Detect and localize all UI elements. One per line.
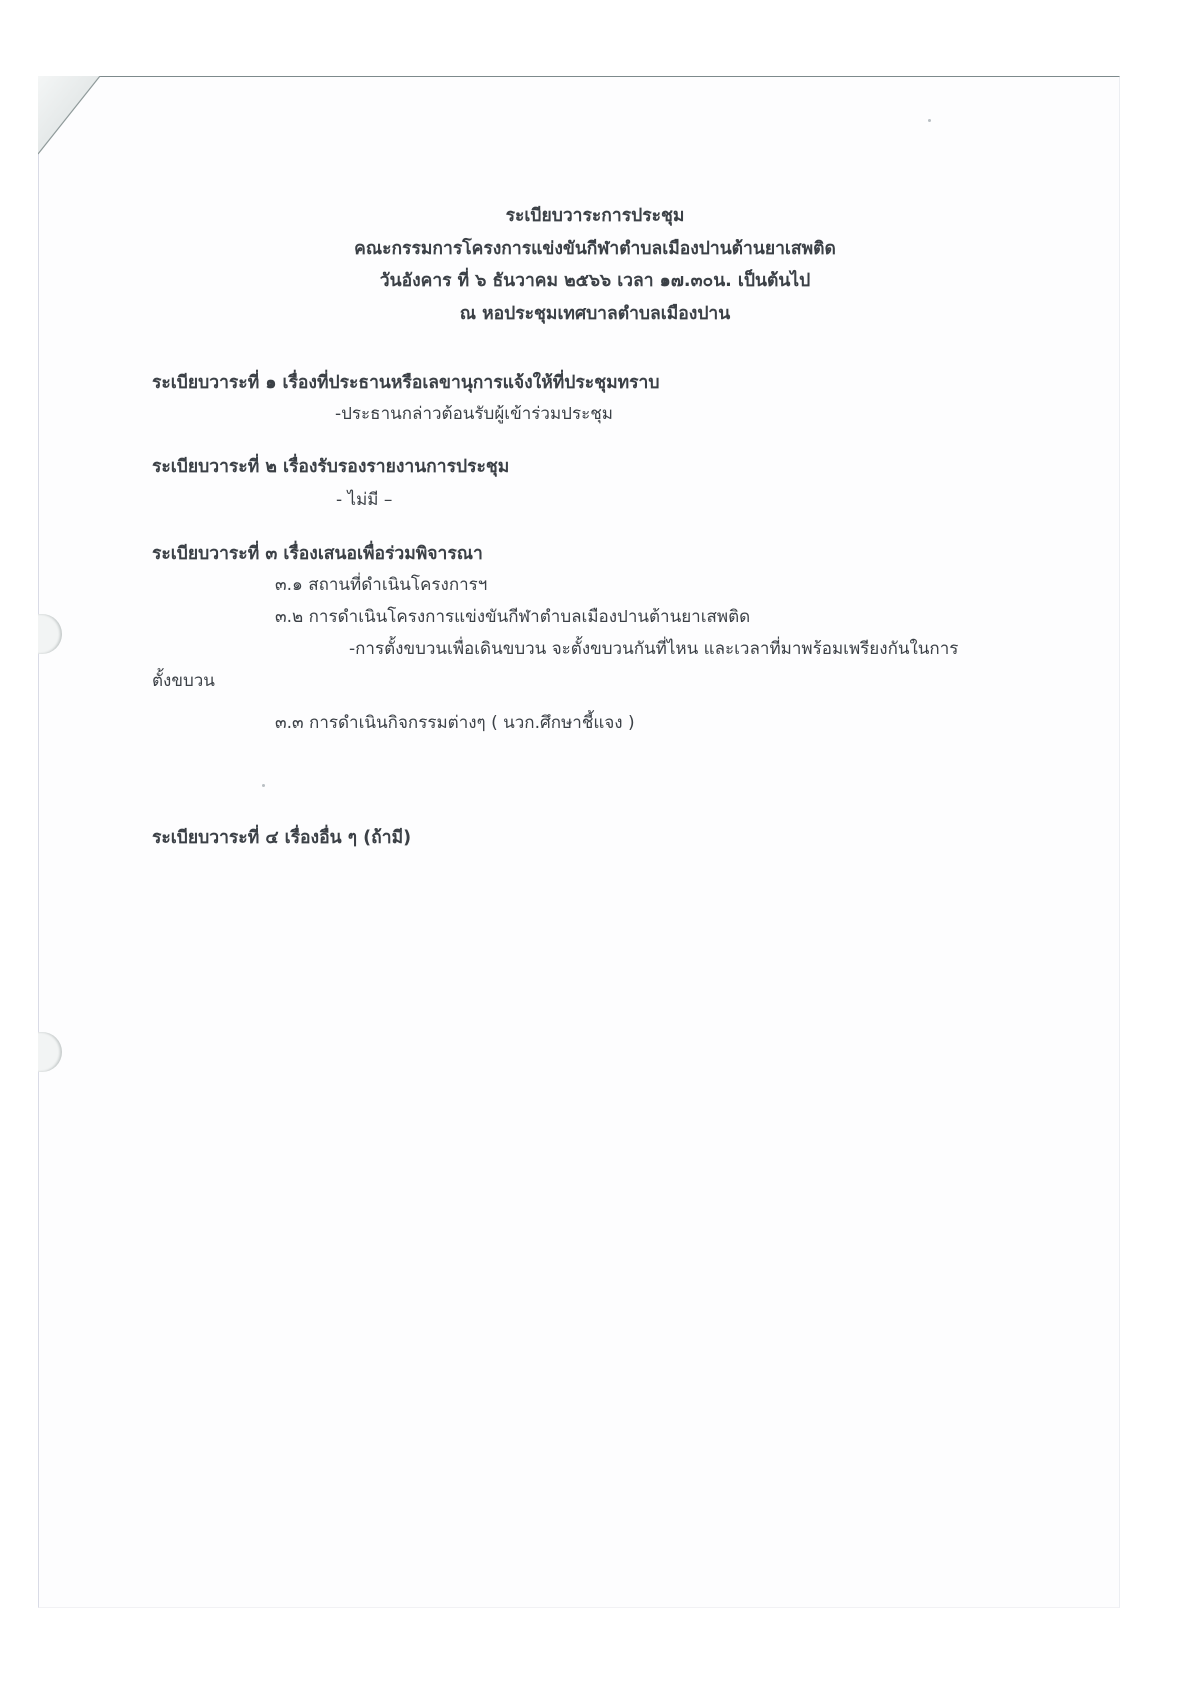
scan-speck	[262, 784, 265, 787]
agenda-3-item-2: ๓.๒ การดำเนินโครงการแข่งขันกีฬาตำบลเมือง…	[275, 603, 750, 630]
title-line-4: ณ หอประชุมเทศบาลตำบลเมืองปาน	[0, 299, 1190, 327]
agenda-3-item-3: ๓.๓ การดำเนินกิจกรรมต่างๆ ( นวก.ศึกษาชี้…	[275, 709, 635, 736]
agenda-3-item-2-detail: -การตั้งขบวนเพื่อเดินขบวน จะตั้งขบวนกันท…	[349, 635, 958, 662]
agenda-3-item-1: ๓.๑ สถานที่ดำเนินโครงการฯ	[275, 571, 487, 598]
agenda-3-item-2-detail-cont: ตั้งขบวน	[152, 667, 215, 694]
title-line-3: วันอังคาร ที่ ๖ ธันวาคม ๒๕๖๖ เวลา ๑๗.๓๐น…	[0, 266, 1190, 294]
agenda-1-item-1: -ประธานกล่าวต้อนรับผู้เข้าร่วมประชุม	[335, 400, 613, 427]
agenda-1-heading: ระเบียบวาระที่ ๑ เรื่องที่ประธานหรือเลขา…	[152, 368, 660, 396]
agenda-2-heading: ระเบียบวาระที่ ๒ เรื่องรับรองรายงานการปร…	[152, 452, 509, 480]
folded-corner	[38, 76, 108, 166]
agenda-3-heading: ระเบียบวาระที่ ๓ เรื่องเสนอเพื่อร่วมพิจา…	[152, 539, 483, 567]
title-line-2: คณะกรรมการโครงการแข่งขันกีฬาตำบลเมืองปาน…	[0, 234, 1190, 262]
agenda-4-heading: ระเบียบวาระที่ ๔ เรื่องอื่น ๆ (ถ้ามี)	[152, 823, 411, 851]
agenda-2-item-1: - ไม่มี –	[336, 486, 392, 513]
scan-speck	[928, 119, 931, 122]
title-line-1: ระเบียบวาระการประชุม	[0, 201, 1190, 229]
